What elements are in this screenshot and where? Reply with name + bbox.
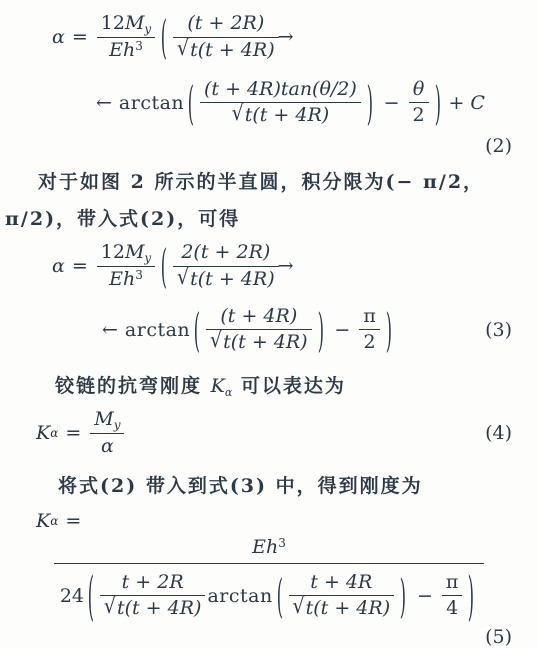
fraction-numerator: t + 2R — [100, 571, 206, 596]
big-close-paren: ) — [468, 565, 474, 627]
line-continuation-arrow: → — [278, 255, 293, 277]
moment-subscript: y — [114, 418, 121, 432]
equation-2-line-2: ← arctan ( (t + 4R)tan(θ/2) √t(t + 4R) )… — [96, 78, 538, 129]
exponent: 3 — [278, 536, 286, 550]
theta-half-fraction: θ 2 — [409, 78, 429, 129]
equals-sign: = — [65, 510, 81, 532]
inner-fraction: 2(t + 2R) √t(t + 4R) — [173, 241, 279, 292]
radicand: t(t + 4R) — [190, 39, 275, 61]
paragraph-text: 铰链的抗弯刚度 — [55, 375, 211, 397]
equation-number: (3) — [485, 319, 512, 341]
equation-number: (2) — [485, 135, 512, 157]
stiffness-symbol: Kα — [211, 375, 233, 397]
stiffness-variable: Eh — [109, 39, 135, 61]
fraction-denominator: 4 — [442, 595, 463, 621]
coefficient: 24 — [60, 585, 84, 607]
paper-page: α = 12My Eh3 ( (t + 2R) √t(t + 4R) → ← a… — [0, 0, 538, 648]
alpha-symbol: α — [52, 255, 65, 277]
radicand: t(t + 4R) — [190, 268, 275, 290]
fraction-denominator: √t(t + 4R) — [289, 595, 395, 621]
fraction-numerator: t + 4R — [289, 571, 395, 596]
equals-sign: = — [72, 255, 88, 277]
radical-sign: √ — [232, 101, 244, 128]
equation-3-line-1: α = 12My Eh3 ( 2(t + 2R) √t(t + 4R) → — [52, 241, 538, 292]
coefficient-fraction: 12My Eh3 — [97, 12, 155, 63]
line-continuation-arrow: ← — [102, 319, 117, 341]
radical-sign: √ — [177, 35, 189, 62]
fraction-denominator: √t(t + 4R) — [200, 102, 361, 128]
main-fraction: Eh3 24 ( t + 2R √t(t + 4R) arctan ( t + … — [54, 536, 484, 622]
inner-fraction: (t + 2R) √t(t + 4R) — [173, 12, 279, 63]
moment-variable: M — [125, 12, 144, 34]
fraction-denominator: √t(t + 4R) — [173, 37, 279, 63]
radical-sign: √ — [177, 264, 189, 291]
paragraph-text: 将式(2) 带入到式(3) 中，得到刚度为 — [58, 475, 423, 497]
moment-variable: M — [94, 408, 113, 430]
integration-constant: + C — [448, 92, 485, 114]
big-open-paren: ( — [161, 239, 167, 294]
fraction-numerator: 12My — [97, 241, 155, 266]
fraction-numerator: 2(t + 2R) — [173, 241, 279, 266]
k-variable: K — [36, 422, 50, 444]
fraction-denominator: 2 — [359, 329, 380, 355]
equation-number: (5) — [485, 626, 512, 648]
inner-fraction: t + 2R √t(t + 4R) — [100, 571, 206, 622]
equation-5-fraction: Eh3 24 ( t + 2R √t(t + 4R) arctan ( t + … — [0, 536, 538, 622]
moment-subscript: y — [144, 251, 151, 265]
alpha-symbol: α — [52, 26, 65, 48]
moment-subscript: y — [144, 22, 151, 36]
big-close-paren: ) — [400, 568, 406, 623]
paragraph-line: π/2)，带入式(2)，可得 — [5, 201, 538, 238]
big-close-paren: ) — [317, 302, 323, 357]
paragraph-integration-limits: 对于如图 2 所示的半直圆，积分限为(− π/2， π/2)，带入式(2)，可得 — [0, 164, 538, 238]
paragraph-line: 对于如图 2 所示的半直圆，积分限为(− π/2， — [5, 164, 538, 201]
paragraph-text: 可以表达为 — [232, 375, 346, 397]
big-open-paren: ( — [276, 568, 282, 623]
line-continuation-arrow: ← — [96, 92, 111, 114]
coefficient-fraction: 12My Eh3 — [97, 241, 155, 292]
inner-fraction: (t + 4R) √t(t + 4R) — [206, 305, 312, 356]
fraction-denominator: √t(t + 4R) — [173, 266, 279, 292]
k-variable: K — [36, 510, 50, 532]
coefficient: 12 — [101, 12, 125, 34]
fraction-denominator: √t(t + 4R) — [100, 595, 206, 621]
fraction-denominator: Eh3 — [97, 37, 155, 63]
minus-sign: − — [334, 319, 350, 341]
big-open-paren: ( — [188, 75, 194, 130]
arctan-function: arctan — [207, 585, 272, 607]
big-open-paren: ( — [194, 302, 200, 357]
paragraph-substitution: 将式(2) 带入到式(3) 中，得到刚度为 — [0, 468, 538, 505]
inner-fraction: (t + 4R)tan(θ/2) √t(t + 4R) — [200, 78, 361, 129]
fraction-numerator: My — [90, 408, 124, 433]
fraction-numerator: θ — [409, 78, 429, 103]
exponent: 3 — [135, 268, 143, 282]
inner-fraction: t + 4R √t(t + 4R) — [289, 571, 395, 622]
fraction-denominator: Eh3 — [97, 266, 155, 292]
equation-number: (4) — [485, 422, 512, 444]
line-continuation-arrow: → — [278, 26, 293, 48]
radicand: t(t + 4R) — [245, 104, 330, 126]
fraction-numerator: Eh3 — [54, 536, 484, 563]
paragraph-bending-stiffness: 铰链的抗弯刚度 Kα 可以表达为 — [0, 368, 538, 405]
radicand: t(t + 4R) — [117, 597, 202, 619]
fraction-numerator: 12My — [97, 12, 155, 37]
minus-sign: − — [384, 92, 400, 114]
fraction-numerator: π — [359, 305, 380, 330]
k-variable: K — [211, 375, 225, 397]
equation-5-lhs: Kα = — [36, 510, 538, 532]
equation-3-line-2: ← arctan ( (t + 4R) √t(t + 4R) ) − π 2 )… — [102, 305, 538, 356]
big-open-paren: ( — [161, 10, 167, 65]
pi-quarter-fraction: π 4 — [442, 571, 463, 622]
moment-variable: M — [125, 241, 144, 263]
radical-sign: √ — [293, 594, 305, 621]
moment-over-alpha-fraction: My α — [90, 408, 124, 459]
fraction-denominator: 2 — [409, 102, 429, 128]
radical-sign: √ — [104, 594, 116, 621]
fraction-denominator: 24 ( t + 2R √t(t + 4R) arctan ( t + 4R √… — [54, 563, 484, 622]
equation-5-number-row: (5) — [0, 626, 538, 648]
minus-sign: − — [417, 585, 433, 607]
equals-sign: = — [72, 26, 88, 48]
equation-2-number-row: (2) — [0, 135, 538, 157]
big-close-paren: ) — [386, 302, 392, 357]
radical-sign: √ — [210, 328, 222, 355]
radicand: t(t + 4R) — [223, 331, 308, 353]
arctan-function: arctan — [125, 319, 190, 341]
equation-2-line-1: α = 12My Eh3 ( (t + 2R) √t(t + 4R) → — [52, 12, 538, 63]
fraction-numerator: π — [442, 571, 463, 596]
pi-half-fraction: π 2 — [359, 305, 380, 356]
equation-4: Kα = My α (4) — [36, 408, 538, 459]
arctan-function: arctan — [119, 92, 184, 114]
big-close-paren: ) — [434, 75, 440, 130]
equals-sign: = — [65, 422, 81, 444]
big-close-paren: ) — [367, 75, 373, 130]
fraction-denominator: α — [90, 433, 124, 459]
stiffness-variable: Eh — [252, 536, 278, 558]
stiffness-variable: Eh — [109, 268, 135, 290]
big-open-paren: ( — [88, 565, 94, 627]
fraction-numerator: (t + 4R) — [206, 305, 312, 330]
coefficient: 12 — [101, 241, 125, 263]
exponent: 3 — [135, 39, 143, 53]
fraction-denominator: √t(t + 4R) — [206, 329, 312, 355]
fraction-numerator: (t + 4R)tan(θ/2) — [200, 78, 361, 103]
fraction-numerator: (t + 2R) — [173, 12, 279, 37]
radicand: t(t + 4R) — [306, 597, 391, 619]
